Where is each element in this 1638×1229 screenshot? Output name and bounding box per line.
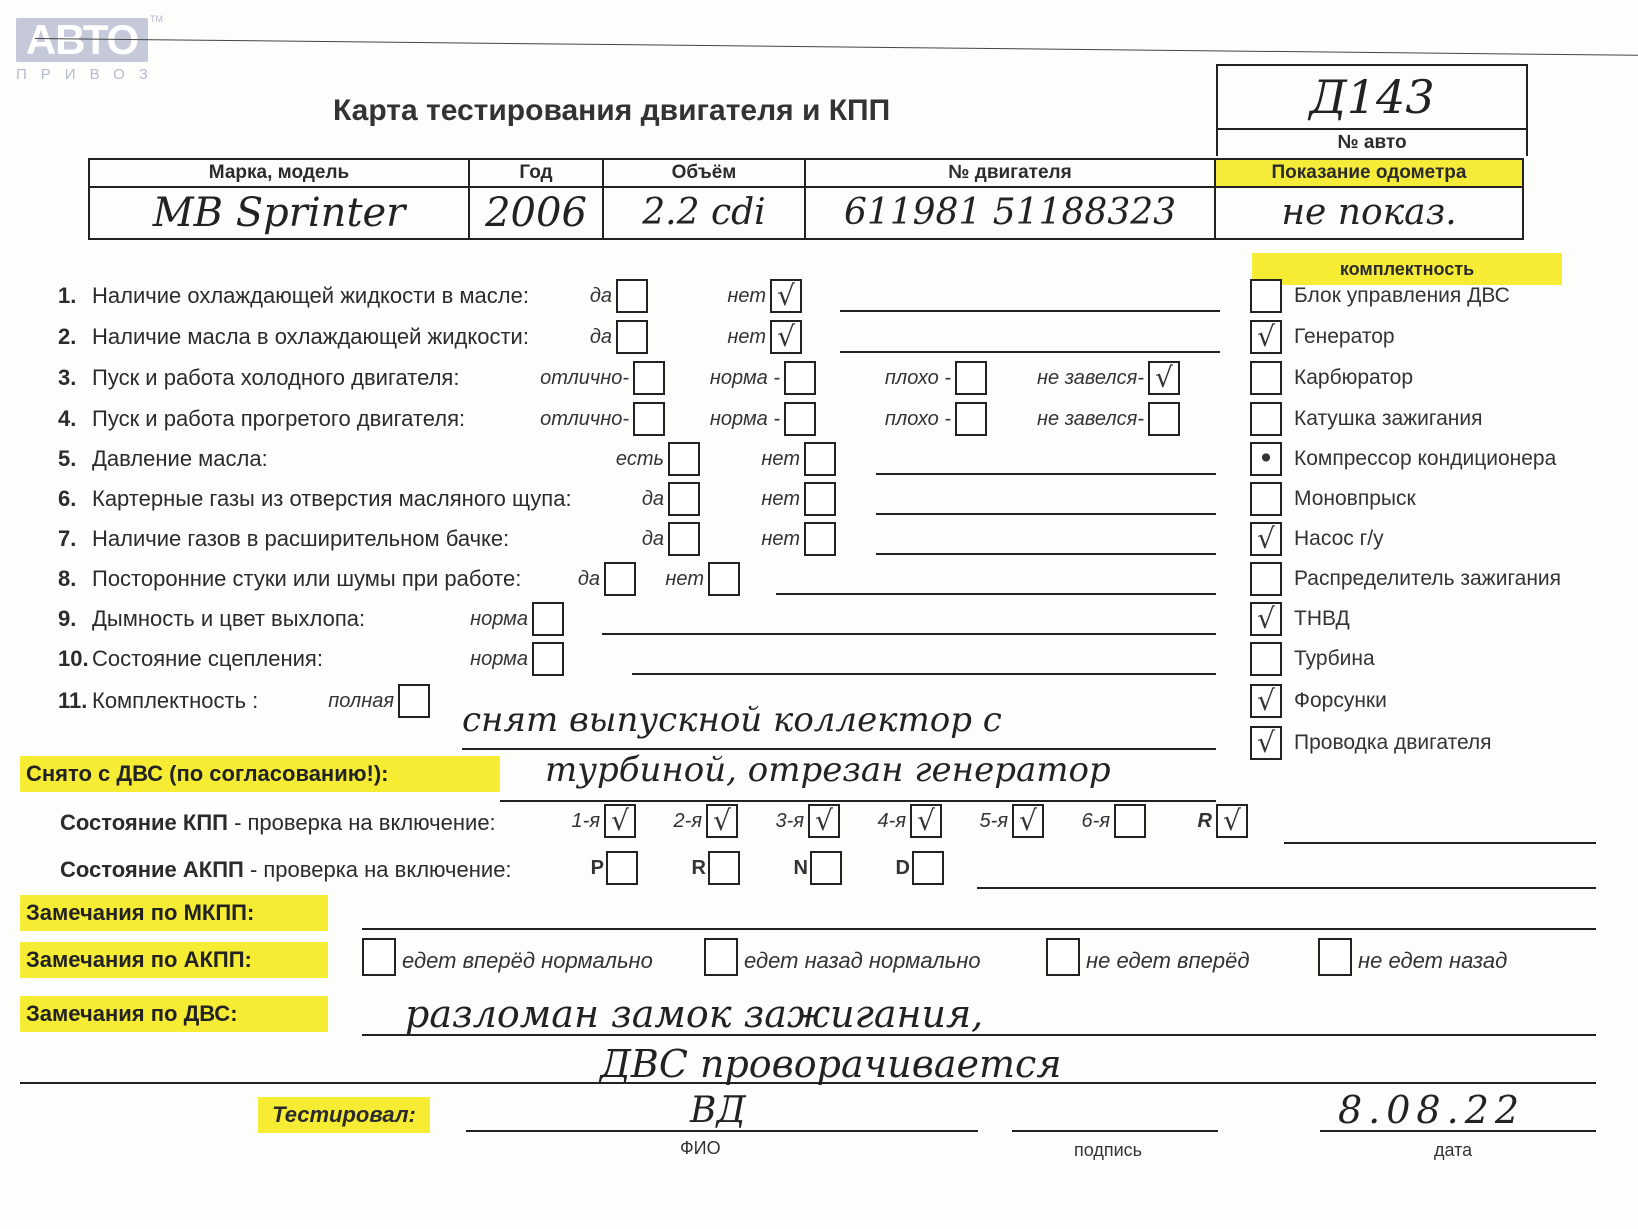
kpp-label-rest: - проверка на включение:	[228, 810, 496, 835]
akpp-mode-checkbox[interactable]	[810, 851, 842, 885]
check-row: 9.Дымность и цвет выхлопа:	[58, 604, 365, 634]
auto-number-value[interactable]: Д143	[1218, 66, 1526, 130]
komplekt-checkbox[interactable]	[1250, 279, 1282, 313]
kpp-note-line	[1284, 842, 1596, 844]
gear-label: 3-я	[764, 806, 804, 836]
engine-number-field[interactable]: 611981 51188323	[805, 187, 1215, 239]
option-label: норма -	[696, 404, 780, 434]
checkbox-0-row-1[interactable]	[616, 279, 648, 313]
odometer-value: не показ.	[1281, 192, 1456, 233]
tester-name[interactable]: ВД	[690, 1090, 746, 1131]
volume-value: 2.2 cdi	[642, 192, 765, 233]
checkbox-0-row-11[interactable]	[398, 684, 430, 718]
option-label: не завелся-	[1016, 363, 1144, 393]
option-label: да	[580, 281, 612, 311]
komplekt-item-label: Турбина	[1294, 642, 1375, 676]
name-line	[466, 1130, 978, 1132]
option-label: норма	[464, 604, 528, 634]
option-label: отлично-	[510, 363, 629, 393]
komplekt-item-label: Блок управления ДВС	[1294, 279, 1510, 313]
caption-fio: ФИО	[680, 1138, 721, 1159]
check-label: Пуск и работа холодного двигателя:	[92, 365, 459, 390]
gear-label: 2-я	[662, 806, 702, 836]
column-year: Год	[469, 159, 603, 187]
option-label: отлично-	[510, 404, 629, 434]
note-line[interactable]	[632, 673, 1216, 675]
caption-signature: подпись	[1074, 1140, 1142, 1161]
auto-number-box: Д143 № авто	[1216, 64, 1528, 156]
checkbox-3-row-3[interactable]: √	[1148, 361, 1180, 395]
column-volume: Объём	[603, 159, 805, 187]
mkpp-remarks-line[interactable]	[362, 928, 1596, 930]
check-row: 10.Состояние сцепления:	[58, 644, 323, 674]
check-row: 3.Пуск и работа холодного двигателя:	[58, 363, 459, 393]
option-label: нет	[760, 444, 800, 474]
option-label: нет	[696, 281, 766, 311]
check-label: Наличие охлаждающей жидкости в масле:	[92, 283, 529, 308]
odometer-label: Показание одометра	[1215, 159, 1523, 187]
gear-label: 6-я	[1070, 806, 1110, 836]
option-label: плохо -	[862, 404, 951, 434]
logo-trademark: TM	[150, 14, 163, 24]
make-model-field[interactable]: MB Sprinter	[89, 187, 469, 239]
dvs-remarks-label: Замечания по ДВС:	[20, 996, 328, 1032]
option-label: да	[580, 322, 612, 352]
komplekt-checkbox[interactable]: •	[1250, 442, 1282, 476]
komplekt-item-label: Форсунки	[1294, 684, 1387, 718]
akpp-remark-checkbox[interactable]	[1046, 938, 1080, 976]
check-label: Картерные газы из отверстия масляного щу…	[92, 486, 572, 511]
akpp-mode-label: P	[580, 853, 604, 883]
check-number: 8.	[58, 564, 92, 594]
dvs-remarks-line1[interactable]: разломан замок зажигания,	[405, 992, 983, 1036]
note-line[interactable]	[776, 593, 1216, 595]
komplekt-checkbox[interactable]: √	[1250, 522, 1282, 556]
check-row: 5.Давление масла:	[58, 444, 268, 474]
option-label: нет	[760, 484, 800, 514]
checkbox-3-row-4[interactable]	[1148, 402, 1180, 436]
check-number: 9.	[58, 604, 92, 634]
option-label: да	[572, 564, 600, 594]
year-value: 2006	[485, 190, 587, 236]
checkbox-0-row-9[interactable]	[532, 602, 564, 636]
komplekt-checkbox[interactable]: √	[1250, 684, 1282, 718]
test-date[interactable]: 8.08.22	[1338, 1088, 1525, 1132]
option-label: нет	[696, 322, 766, 352]
dvs-remarks-rule1	[362, 1034, 1596, 1036]
avtoprivoz-logo: АВТО	[16, 18, 148, 62]
komplekt-item-label: Карбюратор	[1294, 361, 1413, 395]
check-row: 8.Посторонние стуки или шумы при работе:	[58, 564, 521, 594]
komplekt-item-label: Насос г/у	[1294, 522, 1384, 556]
checkbox-0-row-2[interactable]	[616, 320, 648, 354]
gear-label: 4-я	[866, 806, 906, 836]
check-label: Дымность и цвет выхлопа:	[92, 606, 365, 631]
option-label: не завелся-	[1016, 404, 1144, 434]
komplekt-item-label: Компрессор кондиционера	[1294, 442, 1556, 476]
vehicle-header-table: Марка, модель Год Объём № двигателя Пока…	[88, 158, 1524, 240]
check-label: Состояние сцепления:	[92, 646, 323, 671]
akpp-remark-label: не едет назад	[1358, 946, 1507, 976]
checkbox-1-row-7[interactable]	[804, 522, 836, 556]
option-label: норма	[464, 644, 528, 674]
logo-subtitle: ПРИВОЗ	[16, 66, 162, 83]
mkpp-remarks-label: Замечания по МКПП:	[20, 895, 328, 931]
check-label: Пуск и работа прогретого двигателя:	[92, 406, 465, 431]
signature-line[interactable]	[1012, 1130, 1218, 1132]
option-label: норма -	[696, 363, 780, 393]
option-label: нет	[656, 564, 704, 594]
check-row: 11.Комплектность :	[58, 686, 258, 716]
kpp-label: Состояние КПП - проверка на включение:	[60, 806, 496, 840]
note-line[interactable]	[840, 310, 1220, 312]
checkbox-0-row-4[interactable]	[633, 402, 665, 436]
gear-checkbox[interactable]: √	[808, 804, 840, 838]
gear-checkbox[interactable]: √	[910, 804, 942, 838]
odometer-field[interactable]: не показ.	[1215, 187, 1523, 239]
check-number: 4.	[58, 404, 92, 434]
akpp-mode-checkbox[interactable]	[708, 851, 740, 885]
komplekt-checkbox[interactable]: √	[1250, 602, 1282, 636]
akpp-remarks-label: Замечания по АКПП:	[20, 942, 328, 978]
komplekt-checkbox[interactable]: √	[1250, 320, 1282, 354]
gear-label: R	[1188, 806, 1212, 836]
checkbox-1-row-2[interactable]: √	[770, 320, 802, 354]
gear-label: 5-я	[968, 806, 1008, 836]
removed-line	[500, 800, 1216, 802]
checkbox-1-row-5[interactable]	[804, 442, 836, 476]
note-line[interactable]	[876, 473, 1216, 475]
check-number: 3.	[58, 363, 92, 393]
check-number: 11.	[58, 686, 92, 716]
checkbox-2-row-3[interactable]	[955, 361, 987, 395]
caption-date: дата	[1434, 1140, 1472, 1161]
akpp-remark-label: едет назад нормально	[744, 946, 981, 976]
check-row: 7.Наличие газов в расширительном бачке:	[58, 524, 509, 554]
akpp-remark-label: едет вперёд нормально	[402, 946, 653, 976]
check-row: 1.Наличие охлаждающей жидкости в масле:	[58, 281, 529, 311]
komplekt-checkbox[interactable]	[1250, 402, 1282, 436]
komplekt-checkbox[interactable]	[1250, 642, 1282, 676]
check-label: Наличие газов в расширительном бачке:	[92, 526, 509, 551]
komplekt-checkbox[interactable]	[1250, 361, 1282, 395]
komplekt-note[interactable]: снят выпускной коллектор с	[462, 700, 1002, 740]
check-number: 2.	[58, 322, 92, 352]
option-label: да	[614, 524, 664, 554]
akpp-label: Состояние АКПП - проверка на включение:	[60, 853, 512, 887]
option-label: есть	[588, 444, 664, 474]
check-number: 5.	[58, 444, 92, 474]
akpp-mode-checkbox[interactable]	[606, 851, 638, 885]
akpp-label-rest: - проверка на включение:	[244, 857, 512, 882]
auto-number-label: № авто	[1218, 130, 1526, 156]
volume-field[interactable]: 2.2 cdi	[603, 187, 805, 239]
top-rule	[35, 38, 1638, 56]
gear-checkbox[interactable]: √	[1216, 804, 1248, 838]
checkbox-1-row-6[interactable]	[804, 482, 836, 516]
dvs-remarks-rule2	[20, 1082, 1596, 1084]
year-field[interactable]: 2006	[469, 187, 603, 239]
akpp-mode-label: D	[886, 853, 910, 883]
checkbox-1-row-4[interactable]	[784, 402, 816, 436]
komplekt-item-label: Генератор	[1294, 320, 1395, 354]
komplekt-item-label: Моновпрыск	[1294, 482, 1416, 516]
gear-checkbox[interactable]	[1114, 804, 1146, 838]
gear-label: 1-я	[560, 806, 600, 836]
check-row: 2.Наличие масла в охлаждающей жидкости:	[58, 322, 529, 352]
note-line[interactable]	[876, 553, 1216, 555]
checkbox-2-row-4[interactable]	[955, 402, 987, 436]
akpp-note-line	[977, 887, 1596, 889]
komplekt-item-label: Катушка зажигания	[1294, 402, 1482, 436]
gear-checkbox[interactable]: √	[706, 804, 738, 838]
checkbox-0-row-3[interactable]	[633, 361, 665, 395]
option-label: да	[614, 484, 664, 514]
komplekt-checkbox[interactable]	[1250, 482, 1282, 516]
option-label: полная	[318, 686, 394, 716]
check-number: 1.	[58, 281, 92, 311]
check-label: Наличие масла в охлаждающей жидкости:	[92, 324, 529, 349]
check-label: Посторонние стуки или шумы при работе:	[92, 566, 521, 591]
check-row: 4.Пуск и работа прогретого двигателя:	[58, 404, 465, 434]
checkbox-1-row-8[interactable]	[708, 562, 740, 596]
akpp-mode-label: R	[680, 853, 706, 883]
akpp-remark-label: не едет вперёд	[1086, 946, 1250, 976]
komplekt-item-label: Проводка двигателя	[1294, 726, 1492, 760]
checkbox-0-row-5[interactable]	[668, 442, 700, 476]
komplekt-item-label: ТНВД	[1294, 602, 1350, 636]
check-number: 6.	[58, 484, 92, 514]
checkbox-0-row-8[interactable]	[604, 562, 636, 596]
gear-checkbox[interactable]: √	[1012, 804, 1044, 838]
engine-number-value: 611981 51188323	[844, 192, 1176, 233]
akpp-remark-checkbox[interactable]	[704, 938, 738, 976]
akpp-label-bold: Состояние АКПП	[60, 857, 244, 882]
checkbox-0-row-7[interactable]	[668, 522, 700, 556]
dvs-remarks-line2[interactable]: ДВС проворачивается	[600, 1042, 1061, 1086]
option-label: нет	[760, 524, 800, 554]
date-line	[1320, 1130, 1596, 1132]
check-label: Комплектность :	[92, 688, 258, 713]
komplekt-checkbox[interactable]: √	[1250, 726, 1282, 760]
check-number: 7.	[58, 524, 92, 554]
note-line[interactable]	[602, 633, 1216, 635]
checkbox-1-row-1[interactable]: √	[770, 279, 802, 313]
checkbox-0-row-6[interactable]	[668, 482, 700, 516]
removed-label: Снято с ДВС (по согласованию!):	[20, 756, 500, 792]
note-line[interactable]	[876, 513, 1216, 515]
column-engine-number: № двигателя	[805, 159, 1215, 187]
checkbox-0-row-10[interactable]	[532, 642, 564, 676]
check-label: Давление масла:	[92, 446, 268, 471]
make-model-value: MB Sprinter	[153, 190, 406, 236]
page-title: Карта тестирования двигателя и КПП	[333, 94, 890, 128]
gear-checkbox[interactable]: √	[604, 804, 636, 838]
option-label: плохо -	[862, 363, 951, 393]
check-number: 10.	[58, 644, 92, 674]
akpp-remark-checkbox[interactable]	[362, 938, 396, 976]
checkbox-1-row-3[interactable]	[784, 361, 816, 395]
tested-by-label: Тестировал:	[258, 1097, 430, 1133]
akpp-mode-label: N	[784, 853, 808, 883]
akpp-remark-checkbox[interactable]	[1318, 938, 1352, 976]
akpp-mode-checkbox[interactable]	[912, 851, 944, 885]
note-line[interactable]	[840, 351, 1220, 353]
komplekt-item-label: Распределитель зажигания	[1294, 562, 1561, 596]
check-row: 6.Картерные газы из отверстия масляного …	[58, 484, 572, 514]
removed-value[interactable]: турбиной, отрезан генератор	[545, 750, 1111, 790]
kpp-label-bold: Состояние КПП	[60, 810, 228, 835]
komplekt-checkbox[interactable]	[1250, 562, 1282, 596]
column-make-model: Марка, модель	[89, 159, 469, 187]
